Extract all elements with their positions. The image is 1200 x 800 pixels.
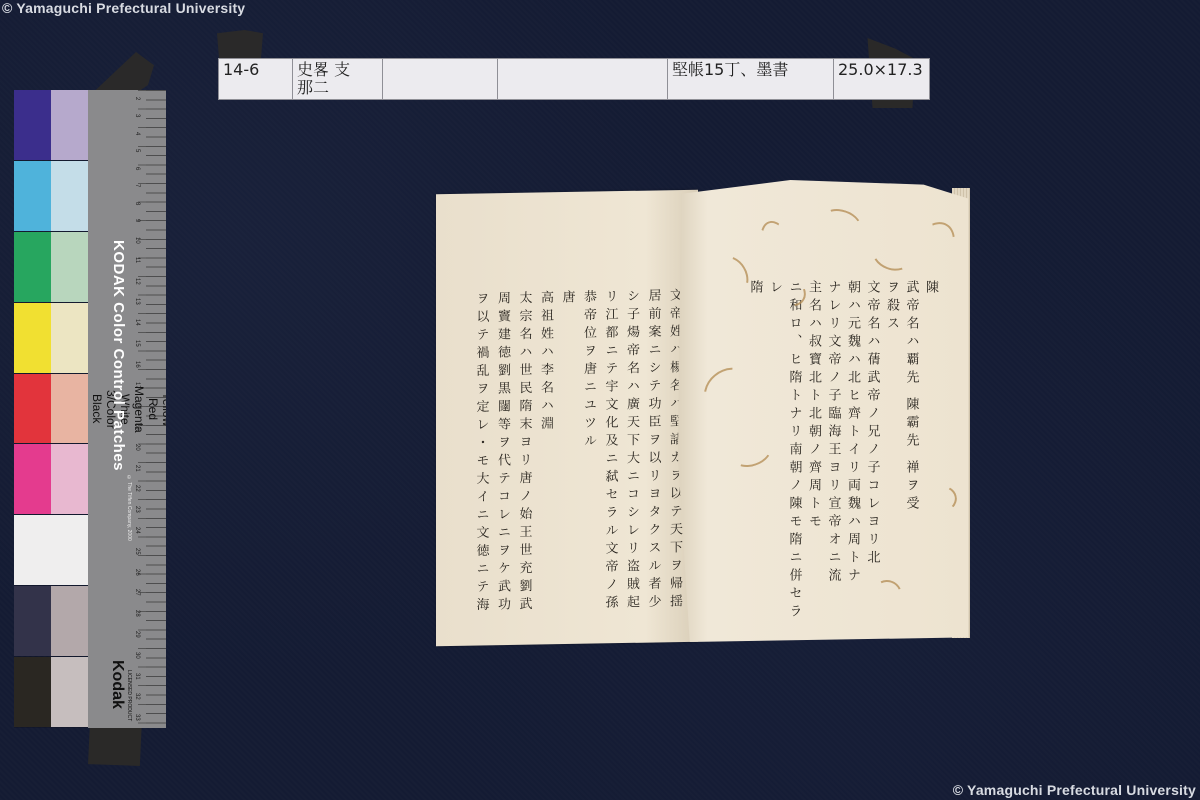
patch-dark <box>14 161 51 231</box>
patch-magenta <box>14 444 88 515</box>
cm-mark: 27 <box>130 589 140 596</box>
text-column: 朝ハ元魏ハ北ヒ齊トイリ両魏ハ周トナ <box>842 280 862 586</box>
text-column: 居前案ニシテ功臣ヲ以リヨタクスル者少 <box>643 288 663 612</box>
color-name-label: Yellow <box>160 90 166 728</box>
color-name-label: Black <box>90 90 104 728</box>
cm-mark: 7 <box>130 184 140 187</box>
patch-dark <box>14 90 51 160</box>
cm-mark: 19 <box>130 423 140 430</box>
cm-mark: 32 <box>130 693 140 700</box>
patch-light <box>51 374 88 444</box>
cm-mark: 21 <box>130 465 140 472</box>
cm-mark: 29 <box>130 631 140 638</box>
color-patches <box>14 90 88 728</box>
cm-mark: 20 <box>130 444 140 451</box>
text-column: 太宗名ハ世民隋末ヨリ唐ノ始王世充劉武 <box>514 291 534 615</box>
patch-dark <box>14 515 51 585</box>
text-column: 文帝名ハ蒨武帝ノ兄ノ子コレヨリ北 <box>862 280 882 568</box>
label-title: 史畧 支那二 <box>293 59 383 99</box>
cm-mark: 2 <box>130 97 140 100</box>
worm-damage <box>915 482 960 518</box>
worm-damage <box>819 204 865 242</box>
cm-mark: 5 <box>130 149 140 152</box>
cm-mark: 24 <box>130 527 140 534</box>
text-column: ニ和ロ、ヒ隋トナリ南朝ノ陳モ隋ニ併セラ <box>784 280 804 622</box>
patch-dark <box>14 303 51 373</box>
patch-light <box>51 657 88 727</box>
left-page-text: 文帝姓ハ楊名ハ堅諸カヲ以テ天下ヲ帰揺居前案ニシテ功臣ヲ以リヨタクスル者少シ子煬帝… <box>436 190 698 195</box>
cm-numbers: 2345678910111213141516171819202122232425… <box>130 90 140 728</box>
text-column: リ江都ニテ宇文化及ニ弑セラル文帝ノ孫 <box>600 289 620 613</box>
kodak-color-chart: BlueCyanGreenYellowRedMagentaWhite3/Colo… <box>14 90 154 728</box>
patch-yellow <box>14 303 88 374</box>
worm-damage <box>754 216 799 273</box>
cm-mark: 28 <box>130 610 140 617</box>
label-blank-2 <box>498 59 668 99</box>
cm-mark: 31 <box>130 673 140 680</box>
text-column: 陳 <box>920 280 940 298</box>
patch-dark <box>14 232 51 302</box>
cm-mark: 13 <box>130 298 140 305</box>
cm-mark: 14 <box>130 319 140 326</box>
color-name-label: Red <box>146 90 160 728</box>
patch-light <box>51 586 88 656</box>
patch-red <box>14 374 88 445</box>
copyright-top: © Yamaguchi Prefectural University <box>2 0 245 16</box>
right-page: 陳武帝名ハ覇先 陳霸先 禅ヲ受ヲ殺ス文帝名ハ蒨武帝ノ兄ノ子コレヨリ北朝ハ元魏ハ北… <box>672 180 968 642</box>
patch-dark <box>14 586 51 656</box>
patch-dark <box>14 657 51 727</box>
cm-mark: 25 <box>130 548 140 555</box>
cm-mark: 30 <box>130 652 140 659</box>
worm-damage <box>900 214 965 286</box>
label-dimensions: 25.0×17.3 <box>834 59 929 99</box>
text-column: 恭帝位ヲ唐ニユツル <box>578 289 598 451</box>
open-book: 文帝姓ハ楊名ハ堅諸カヲ以テ天下ヲ帰揺居前案ニシテ功臣ヲ以リヨタクスル者少シ子煬帝… <box>432 178 972 648</box>
cm-mark: 10 <box>130 237 140 244</box>
cm-mark: 16 <box>130 361 140 368</box>
patch-blue <box>14 90 88 161</box>
cm-mark: 22 <box>130 485 140 492</box>
text-column: シ子煬帝名ハ廣天下大ニコシレリ盗賊起 <box>621 289 641 613</box>
patch-black <box>14 657 88 728</box>
text-column: 武帝名ハ覇先 陳霸先 禅ヲ受 <box>901 280 921 514</box>
patch-light <box>51 303 88 373</box>
patch-green <box>14 232 88 303</box>
catalog-label: 14-6 史畧 支那二 堅帳15丁、墨書 25.0×17.3 <box>218 58 930 100</box>
patch-cyan <box>14 161 88 232</box>
kodak-logo: Kodak <box>108 660 126 709</box>
patch-light <box>51 232 88 302</box>
patch-light <box>51 515 88 585</box>
cm-mark: 11 <box>130 257 140 263</box>
text-column: ナレリ文帝ノ子臨海王ヨリ宣帝オニ流 <box>823 280 843 586</box>
cm-mark: 26 <box>130 569 140 576</box>
cm-mark: 23 <box>130 506 140 513</box>
text-column: 唐 <box>557 290 577 308</box>
cm-mark: 33 <box>130 714 140 721</box>
patch-dark <box>14 374 51 444</box>
patch-light <box>51 90 88 160</box>
patch-light <box>51 161 88 231</box>
ruler: BlueCyanGreenYellowRedMagentaWhite3/Colo… <box>88 90 166 728</box>
patch-light <box>51 444 88 514</box>
label-id: 14-6 <box>219 59 293 99</box>
chart-title: KODAK Color Control Patches <box>110 240 127 471</box>
cm-mark: 6 <box>130 167 140 170</box>
patch-white <box>14 515 88 586</box>
cm-mark: 4 <box>130 132 140 135</box>
text-column: 主名ハ叔寶北ト北朝ノ齊周トモ <box>803 280 823 532</box>
worm-damage <box>868 576 906 614</box>
text-column: 周竇建徳劉黒闥等ヲ代テコレニヲケ武功 <box>492 291 512 615</box>
cm-mark: 12 <box>130 278 140 285</box>
worm-damage <box>695 359 759 422</box>
color-names: BlueCyanGreenYellowRedMagentaWhite3/Colo… <box>90 90 166 728</box>
worm-damage <box>729 434 775 472</box>
text-column: 高祖姓ハ李名ハ淵 <box>535 290 555 434</box>
patch-dark <box>14 444 51 514</box>
cm-mark: 9 <box>130 219 140 222</box>
cm-mark: 15 <box>130 340 140 347</box>
label-blank-1 <box>383 59 498 99</box>
patch-3-color <box>14 586 88 657</box>
left-page: 文帝姓ハ楊名ハ堅諸カヲ以テ天下ヲ帰揺居前案ニシテ功臣ヲ以リヨタクスル者少シ子煬帝… <box>436 190 698 647</box>
cm-mark: 17 <box>130 382 140 389</box>
label-format: 堅帳15丁、墨書 <box>668 59 834 99</box>
text-column: ヲ殺ス <box>881 280 901 334</box>
cm-mark: 18 <box>130 402 140 409</box>
copyright-bottom: © Yamaguchi Prefectural University <box>953 782 1196 798</box>
cm-mark: 3 <box>130 114 140 117</box>
text-column: ヲ以テ禍乱ヲ定レ・モ大イニ文徳ニテ海 <box>471 291 491 615</box>
cm-mark: 8 <box>130 202 140 205</box>
